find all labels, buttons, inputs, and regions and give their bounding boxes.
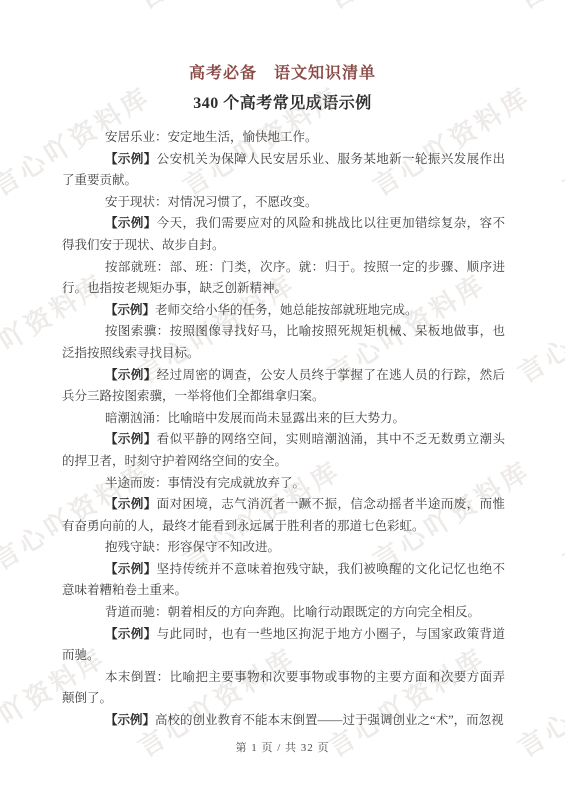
idiom-term: 安于现状： xyxy=(105,195,168,209)
example-label: 【示例】 xyxy=(105,152,157,166)
idiom-example-paragraph: 【示例】今天，我们需要应对的风险和挑战比以往更加错综复杂，容不得我们安于现状、故… xyxy=(62,213,505,256)
idiom-term: 暗潮汹涌： xyxy=(105,411,168,425)
idiom-example-paragraph: 【示例】高校的创业教育不能本末倒置——过于强调创业之“术”，而忽视 xyxy=(62,710,505,732)
idiom-definition-paragraph: 抱残守缺：形容保守不知改进。 xyxy=(62,537,505,559)
example-label: 【示例】 xyxy=(105,497,157,511)
idiom-definition-paragraph: 安居乐业：安定地生活，愉快地工作。 xyxy=(62,127,505,149)
idiom-term: 按部就班： xyxy=(105,260,170,274)
example-label: 【示例】 xyxy=(105,368,157,382)
idiom-example-paragraph: 【示例】坚持传统并不意味着抱残守缺，我们被唤醒的文化记忆也绝不意味着糟粕卷土重来… xyxy=(62,559,505,602)
idiom-example-paragraph: 【示例】公安机关为保障人民安居乐业、服务某地新一轮振兴发展作出了重要贡献。 xyxy=(62,149,505,192)
idiom-term: 安居乐业： xyxy=(105,130,168,144)
idiom-example-paragraph: 【示例】与此同时，也有一些地区拘泥于地方小圈子，与国家政策背道而驰。 xyxy=(62,624,505,667)
idiom-definition-paragraph: 按部就班：部、班：门类，次序。就：归于。按照一定的步骤、顺序进行。也指按老规矩办… xyxy=(62,257,505,300)
example-label: 【示例】 xyxy=(105,303,155,317)
watermark-text: 言心吖资料库 xyxy=(510,0,565,16)
idiom-term: 半途而废： xyxy=(105,476,168,490)
idiom-example-paragraph: 【示例】面对困境，志气消沉者一蹶不振，信念动摇者半途而废，而惟有奋勇向前的人，最… xyxy=(62,494,505,537)
watermark-text: 言心吖资料库 xyxy=(510,264,565,391)
example-label: 【示例】 xyxy=(105,432,157,446)
page-number: 第 1 页 / 共 32 页 xyxy=(0,739,565,755)
idiom-term: 背道而驰： xyxy=(105,605,168,619)
idiom-example-paragraph: 【示例】看似平静的网络空间，实则暗潮汹涌，其中不乏无数勇立潮头的捍卫者，时刻守护… xyxy=(62,429,505,472)
idiom-term: 本末倒置： xyxy=(105,670,170,684)
watermark-text: 言心吖资料库 xyxy=(320,0,492,16)
document-title: 高考必备 语文知识清单 xyxy=(0,64,565,84)
watermark-text: 言心吖资料库 xyxy=(0,0,112,16)
document-page: 言心吖资料库言心吖资料库言心吖资料库言心吖资料库言心吖资料库言心吖资料库言心吖资… xyxy=(0,0,565,800)
idiom-definition-paragraph: 暗潮汹涌：比喻暗中发展而尚未显露出来的巨大势力。 xyxy=(62,408,505,430)
example-label: 【示例】 xyxy=(105,627,157,641)
idiom-list: 安居乐业：安定地生活，愉快地工作。【示例】公安机关为保障人民安居乐业、服务某地新… xyxy=(62,127,505,732)
idiom-example-paragraph: 【示例】经过周密的调查，公安人员终于掌握了在逃人员的行踪，然后兵分三路按图索骥，… xyxy=(62,365,505,408)
idiom-term: 抱残守缺： xyxy=(105,540,168,554)
watermark-text: 言心吖资料库 xyxy=(130,0,302,16)
watermark-text: 言心吖资料库 xyxy=(555,451,565,578)
idiom-definition-paragraph: 按图索骥：按照图像寻找好马，比喻按照死规矩机械、呆板地做事，也泛指按照线索寻找目… xyxy=(62,321,505,364)
idiom-definition-paragraph: 本末倒置：比喻把主要事物和次要事物或事物的主要方面和次要方面弄颠倒了。 xyxy=(62,667,505,710)
example-label: 【示例】 xyxy=(105,216,157,230)
example-label: 【示例】 xyxy=(105,562,157,576)
idiom-example-paragraph: 【示例】老师交给小华的任务，她总能按部就班地完成。 xyxy=(62,300,505,322)
example-label: 【示例】 xyxy=(105,713,155,727)
idiom-term: 按图索骥： xyxy=(105,324,170,338)
idiom-definition-paragraph: 安于现状：对情况习惯了，不愿改变。 xyxy=(62,192,505,214)
idiom-definition-paragraph: 半途而废：事情没有完成就放弃了。 xyxy=(62,473,505,495)
idiom-definition-paragraph: 背道而驰：朝着相反的方向奔跑。比喻行动跟既定的方向完全相反。 xyxy=(62,602,505,624)
document-subtitle: 340 个高考常见成语示例 xyxy=(0,94,565,114)
